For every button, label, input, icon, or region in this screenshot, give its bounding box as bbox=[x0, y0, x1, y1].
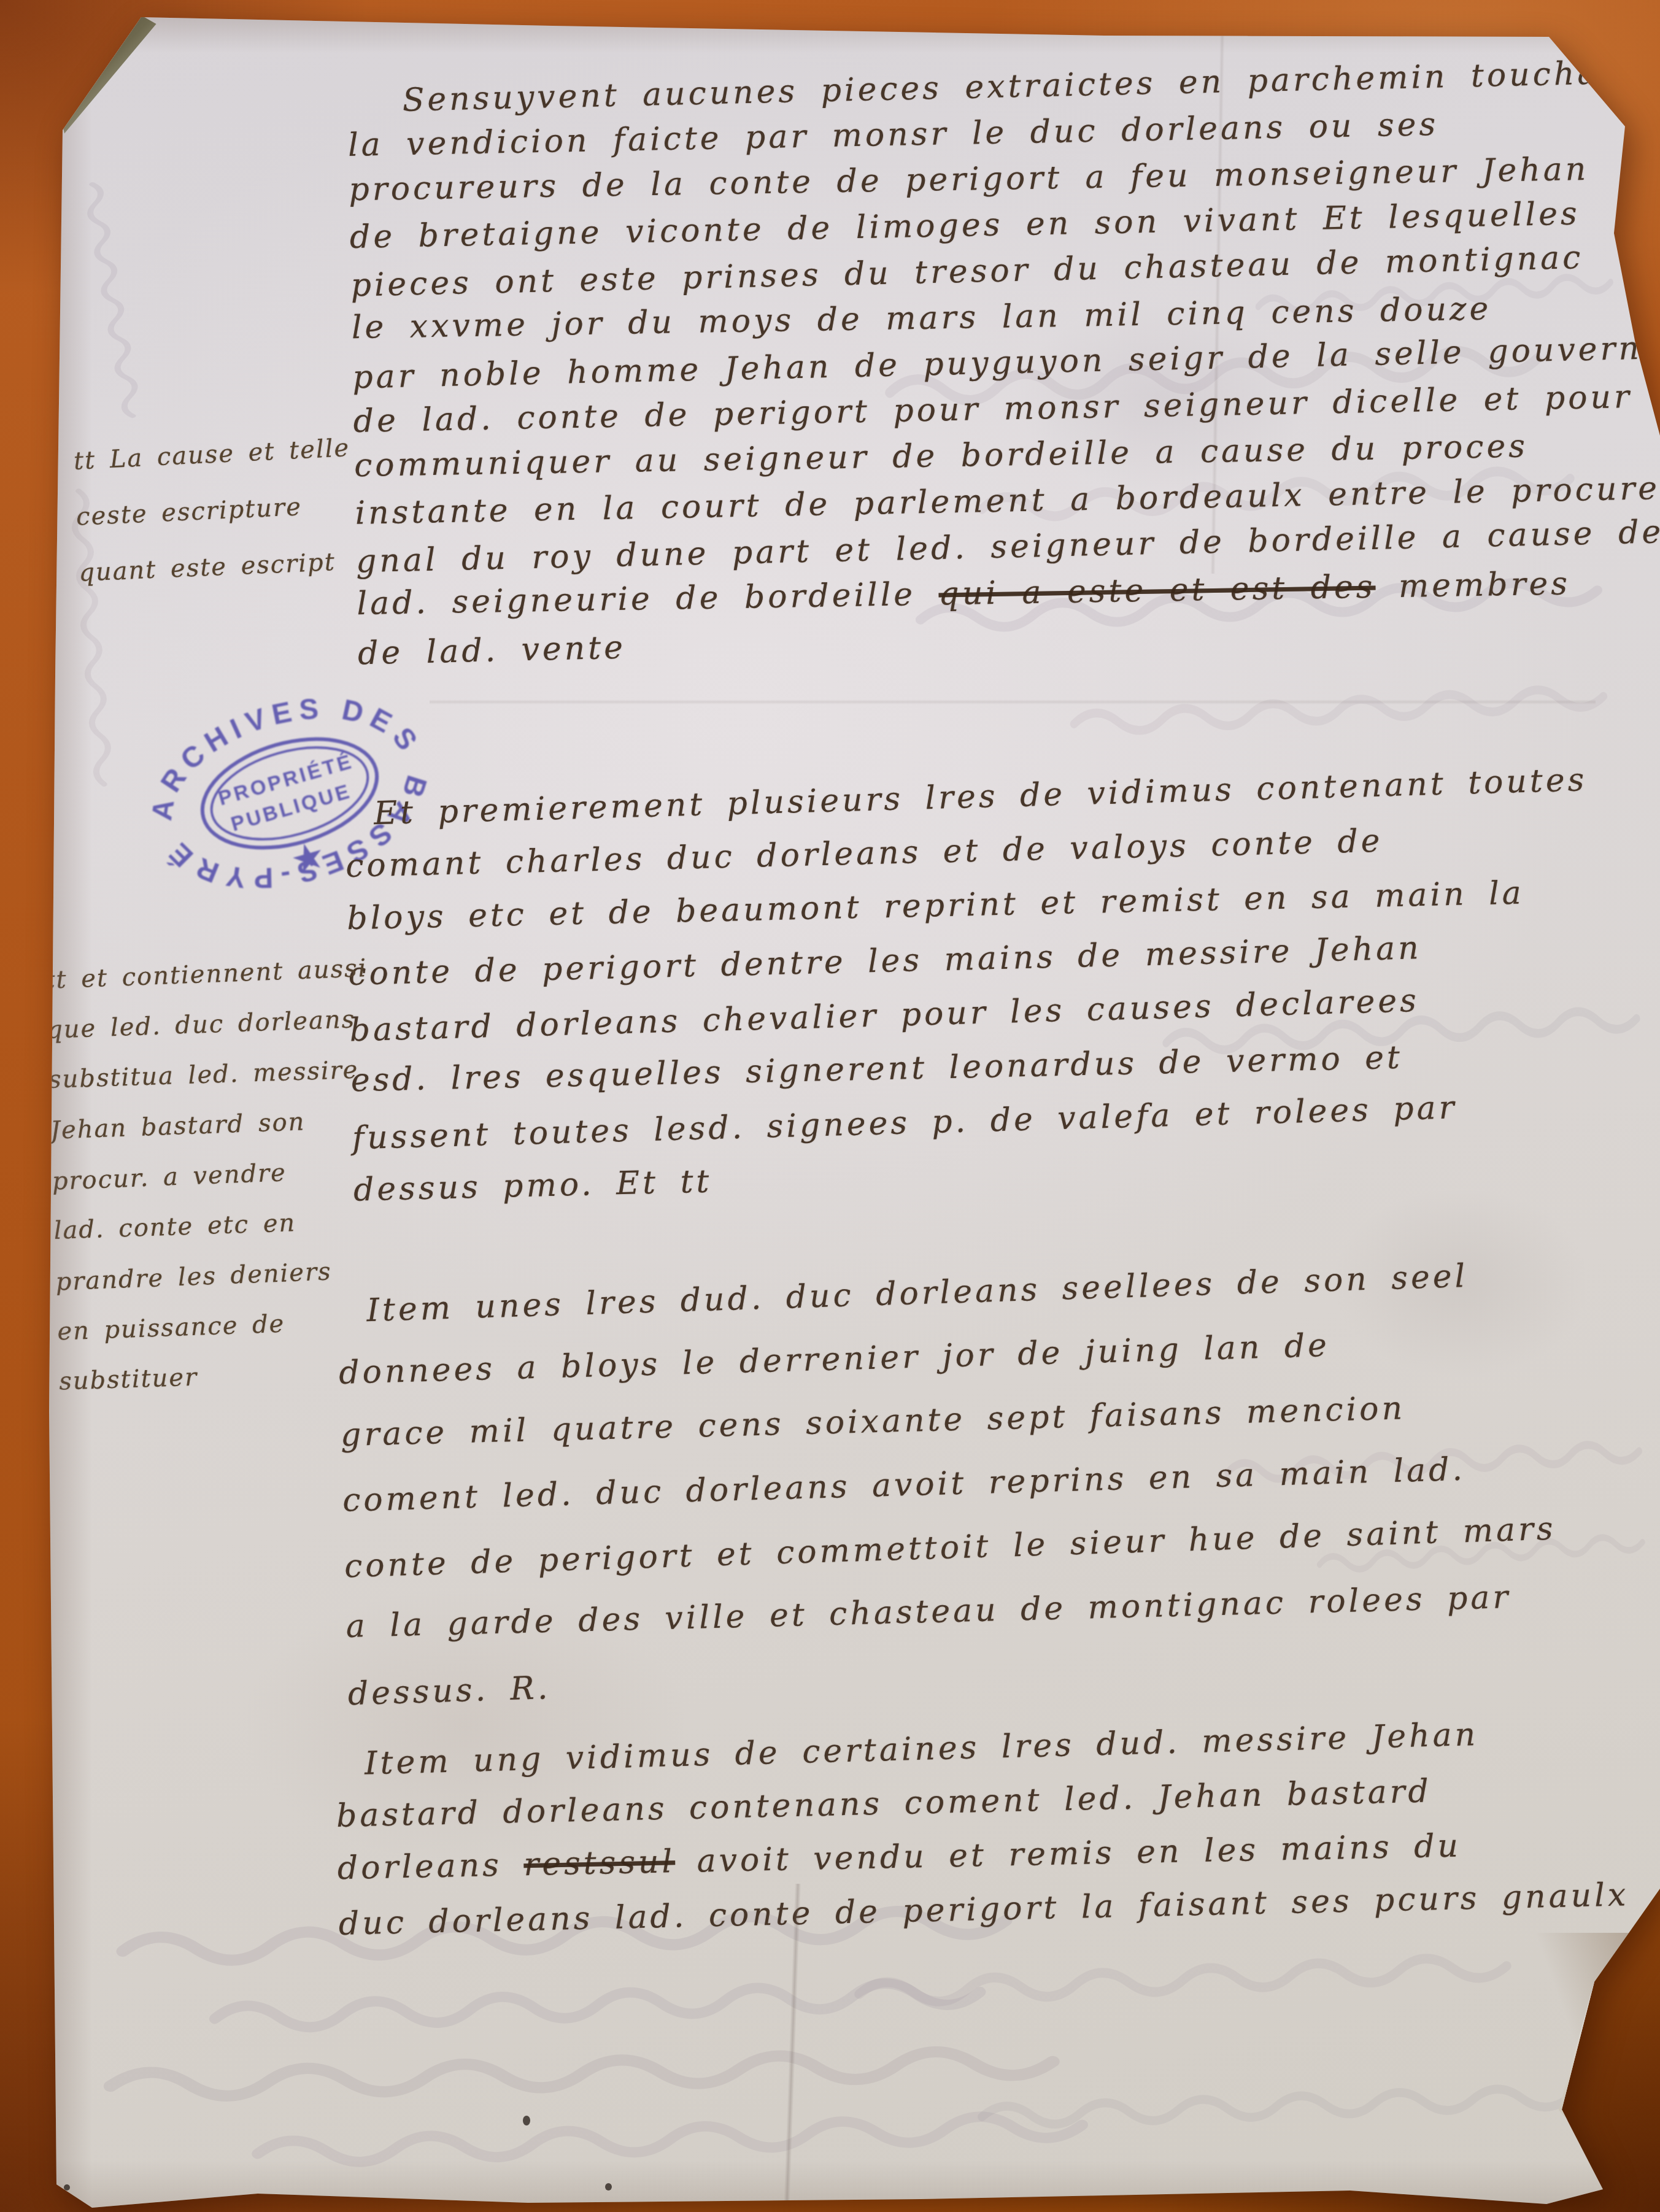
manuscript-photo: { "palette":{"table_background":"#a85118… bbox=[0, 0, 1660, 2212]
manuscript-page: Sensuyvent aucunes pieces extraictes en … bbox=[0, 0, 1660, 2212]
ink-spot bbox=[64, 2184, 70, 2191]
struck-text: restssul bbox=[523, 1843, 676, 1883]
paper-shadow: Sensuyvent aucunes pieces extraictes en … bbox=[0, 0, 1660, 2212]
ink-spot bbox=[523, 2116, 530, 2125]
entry-block-1: Et premierement plusieurs lres de vidimu… bbox=[344, 755, 1618, 1217]
ink-spot bbox=[605, 2183, 612, 2191]
margin-note-1: tt La cause et telleceste escripturequan… bbox=[72, 417, 436, 602]
entry-block-3: Item ung vidimus de certaines lres dud. … bbox=[334, 1706, 1615, 1951]
heading-block: Sensuyvent aucunes pieces extraictes en … bbox=[347, 52, 1622, 674]
struck-text: qui a este et est des bbox=[938, 569, 1376, 613]
entry-block-2: Item unes lres dud. duc dorleans seellee… bbox=[336, 1242, 1625, 1724]
dogear-shadow-bottom-right bbox=[1534, 1933, 1660, 2212]
